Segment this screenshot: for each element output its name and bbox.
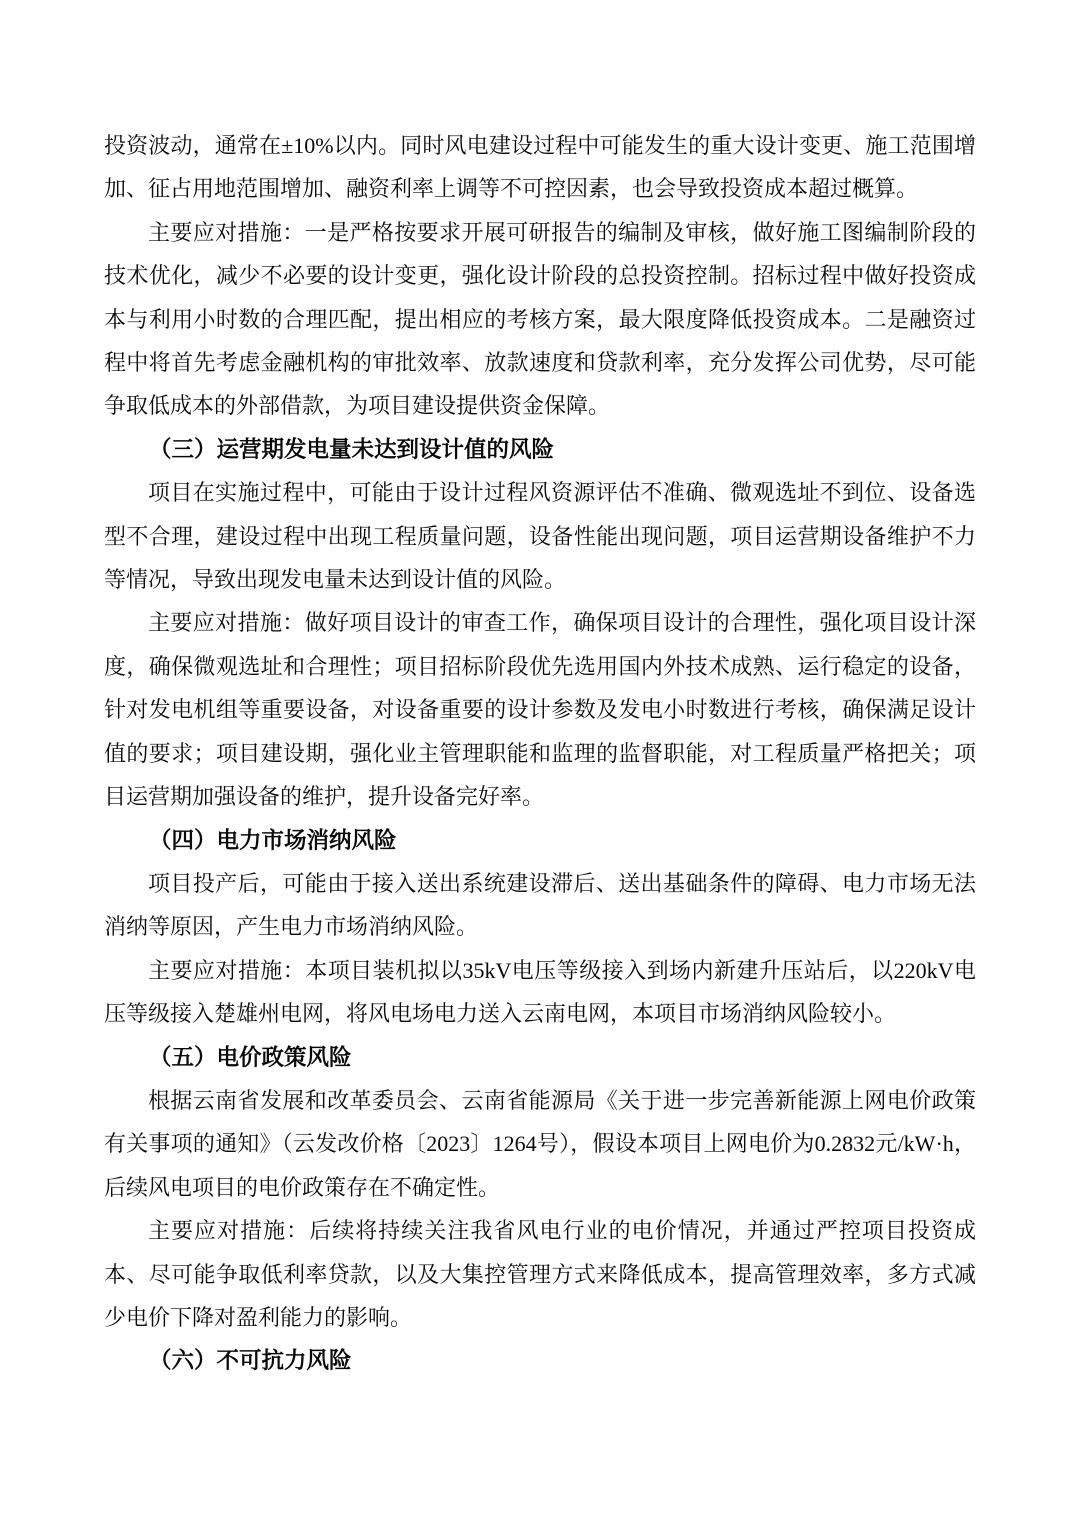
body-paragraph: 投资波动，通常在±10%以内。同时风电建设过程中可能发生的重大设计变更、施工范围… xyxy=(104,124,976,211)
body-paragraph: 主要应对措施：做好项目设计的审查工作，确保项目设计的合理性，强化项目设计深度，确… xyxy=(104,601,976,818)
document-body: 投资波动，通常在±10%以内。同时风电建设过程中可能发生的重大设计变更、施工范围… xyxy=(104,124,976,1383)
document-page: 投资波动，通常在±10%以内。同时风电建设过程中可能发生的重大设计变更、施工范围… xyxy=(0,0,1080,1527)
body-paragraph: 主要应对措施：后续将持续关注我省风电行业的电价情况，并通过严控项目投资成本、尽可… xyxy=(104,1209,976,1339)
body-paragraph: 根据云南省发展和改革委员会、云南省能源局《关于进一步完善新能源上网电价政策有关事… xyxy=(104,1079,976,1209)
section-heading: （四）电力市场消纳风险 xyxy=(104,819,976,862)
section-heading: （三）运营期发电量未达到设计值的风险 xyxy=(104,428,976,471)
body-paragraph: 项目在实施过程中，可能由于设计过程风资源评估不准确、微观选址不到位、设备选型不合… xyxy=(104,471,976,601)
body-paragraph: 项目投产后，可能由于接入送出系统建设滞后、送出基础条件的障碍、电力市场无法消纳等… xyxy=(104,862,976,949)
section-heading: （六）不可抗力风险 xyxy=(104,1339,976,1382)
section-heading: （五）电价政策风险 xyxy=(104,1036,976,1079)
body-paragraph: 主要应对措施：一是严格按要求开展可研报告的编制及审核，做好施工图编制阶段的技术优… xyxy=(104,211,976,428)
body-paragraph: 主要应对措施：本项目装机拟以35kV电压等级接入到场内新建升压站后，以220kV… xyxy=(104,949,976,1036)
